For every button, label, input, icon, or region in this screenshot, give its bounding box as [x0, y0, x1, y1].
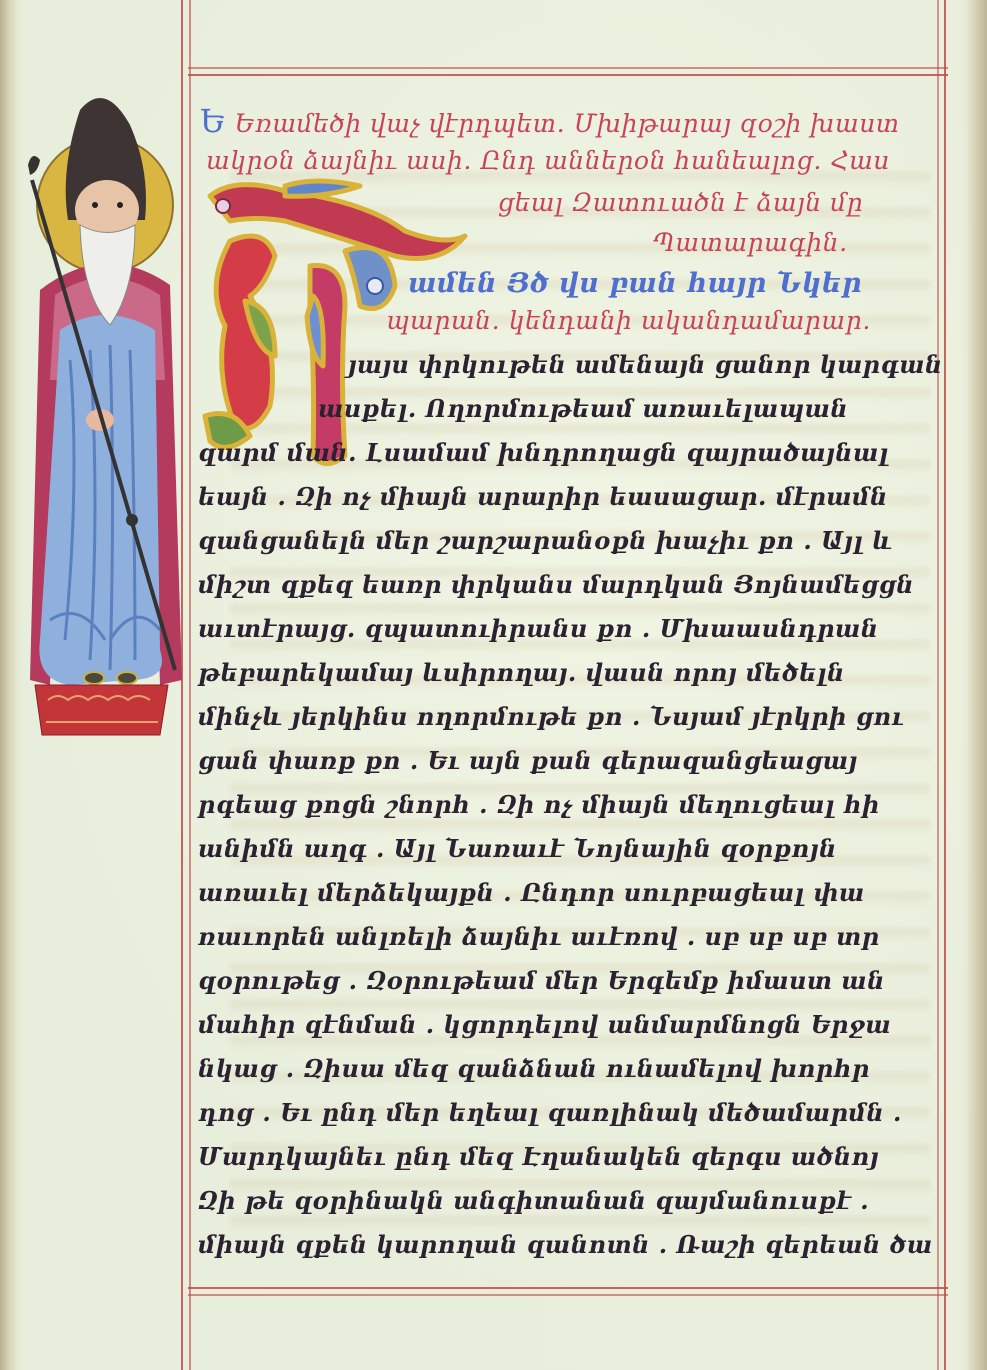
body-line: միշտ զքեզ եառր փրկանս մարդկան Յոյնամեցցն — [198, 570, 914, 599]
body-line: մահիր զէնման ․ կցորդելով անմարմնոցն Երջա — [198, 1010, 891, 1039]
frame-rule-top-b — [188, 74, 948, 76]
body-line: Մարդկայնեւ ընդ մեզ Էղանակեն զերգս ածնոյ — [198, 1142, 879, 1171]
body-line: յայս փրկութեն ամենայն ցանոր կարգան — [348, 350, 943, 379]
rubric-line-2: ակրօն ձայնիւ ասի․ Ընդ աններօն հանեալոց․ … — [206, 146, 890, 175]
blue-incipit-line: ամեն Յծ վս բան հայր Նկեր — [408, 268, 862, 299]
body-line: դոց ․ Եւ ընդ մեր եղեալ զառլինակ մեծամարմ… — [198, 1098, 902, 1127]
body-line: նկաց ․ Զիսա մեզ զանձնան ունամելով խորհր — [198, 1054, 870, 1083]
body-line: աւտէրայց․ զպատուիրանս քո ․ Մխաասնդրան — [198, 614, 879, 643]
body-line: ցան փառք քո ․ Եւ այն քան գերազանցեացայ — [198, 746, 858, 775]
body-line: րգեաց քոցն շնորհ ․ Զի ոչ միայն մեղուցեալ… — [198, 790, 880, 819]
body-line: մինչև յերկինս ողորմութե քո ․ Նսյամ յէրկր… — [198, 702, 904, 731]
rubric-initial-blue: Ե — [200, 102, 226, 140]
body-line: Զի թե զօրինակն անգիտանան զայմանուսքէ ․ — [198, 1186, 869, 1215]
frame-rule-bottom-b — [188, 1294, 948, 1296]
body-line: թեբարեկամայ ևսիրողայ․ վասն որոյ մեծելն — [198, 658, 845, 687]
body-line: զօրութեց ․ Զօրութեամ մեր Երգեմք իմաստ ան — [198, 966, 885, 995]
rubric-line-1-text: Եռամեծի վաչ վէրդպետ․ Մխիթարայ զօշի խաստ — [235, 109, 900, 138]
body-line: անիմն աղգ ․ Այլ Նառաւէ Նոյնային զօրքոյն — [198, 834, 837, 863]
body-line: ասքել․ Ողորմութեամ առաւելապան — [318, 394, 848, 423]
frame-rule-right-outer — [944, 0, 946, 1370]
frame-rule-top-a — [188, 67, 948, 69]
body-line: զարմ ման․ Լսամամ խնդրողացն զայրածայնալ — [198, 438, 889, 467]
red-incipit-line: պարան․ կենդանի ականդամարար․ — [386, 306, 871, 335]
saint-figure-illustration — [10, 80, 195, 740]
body-line: առաւել մերձեկայքն ․ Ընդոր սուրբացեալ փա — [198, 878, 865, 907]
right-gutter-shadow — [967, 0, 987, 1370]
manuscript-page: Ե Եռամեծի վաչ վէրդպետ․ Մխիթարայ զօշի խաս… — [0, 0, 987, 1370]
frame-rule-bottom-a — [188, 1287, 948, 1289]
body-line: միայն զքեն կարողան զանոտն ․ Ռաշի զերեան … — [198, 1230, 933, 1259]
text-column: Ե Եռամեծի վաչ վէրդպետ․ Մխիթարայ զօշի խաս… — [198, 88, 943, 1283]
rubric-line-4: Պատարագին․ — [653, 228, 848, 257]
body-line: եայն ․ Զի ոչ միայն արարիր եասացար․ մէրամ… — [198, 482, 888, 511]
rubric-line-1: Ե Եռամեծի վաչ վէրդպետ․ Մխիթարայ զօշի խաս… — [200, 102, 900, 140]
body-line: զանցանելն մեր շարշարանօքն խաչիւ քո ․ Այլ… — [198, 526, 893, 555]
rubric-line-3: ցեալ Զատուածն է ձայն մը — [498, 188, 863, 217]
body-line: ռաւորեն անլռելի ձայնիւ աւէռով ․ սբ սբ սբ… — [198, 922, 880, 951]
